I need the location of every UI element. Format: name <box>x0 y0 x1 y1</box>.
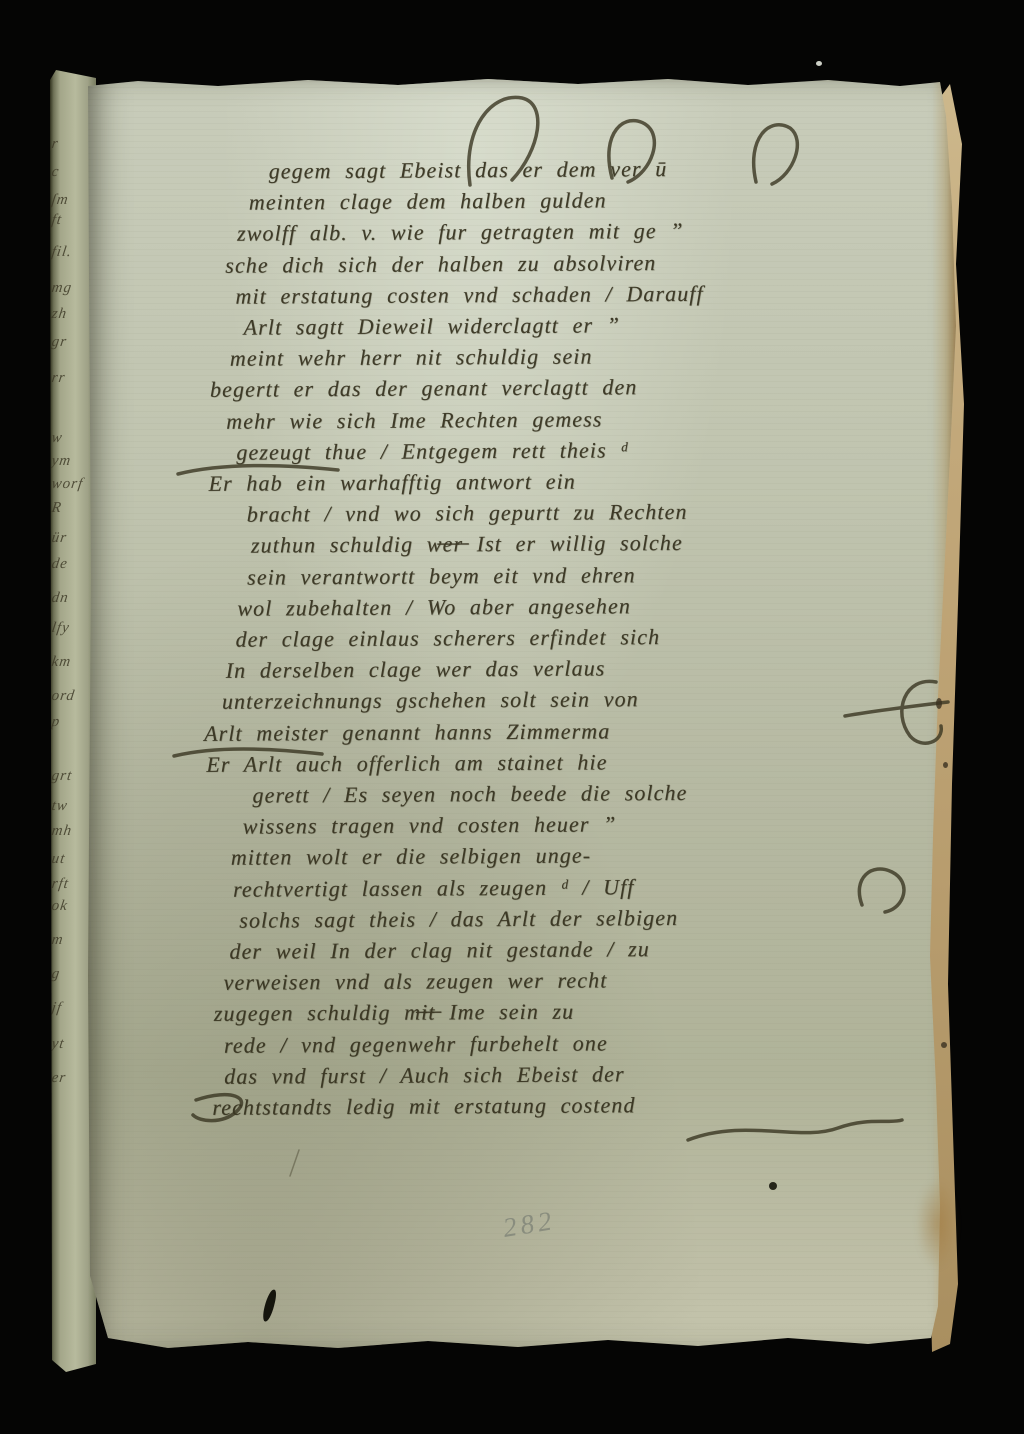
manuscript-line: wissens tragen vnd costen heuer ” <box>243 811 617 839</box>
manuscript-line: mit erstatung costen vnd schaden / Darau… <box>235 281 703 310</box>
manuscript-line: unterzeichnungs gschehen solt sein von <box>222 686 639 715</box>
manuscript-line: gegem sagt Ebeist das er dem ver ū <box>269 156 668 184</box>
dust-speck <box>816 61 822 66</box>
manuscript-line: Arlt meister genannt hanns Zimmerma <box>204 718 610 746</box>
manuscript-line: sche dich sich der halben zu absolviren <box>225 250 656 279</box>
manuscript-line: zuthun schuldig w̶e̶r̶ Ist er willig sol… <box>251 530 683 559</box>
edge-debris-speck <box>941 1042 947 1048</box>
manuscript-line: mehr wie sich Ime Rechten gemess <box>226 406 602 434</box>
manuscript-line: Er hab ein warhafftig antwort ein <box>208 469 575 497</box>
edge-debris-speck <box>943 762 948 768</box>
manuscript-line: begertt er das der genant verclagtt den <box>210 374 638 403</box>
manuscript-line: rede / vnd gegenwehr furbehelt one <box>224 1030 608 1058</box>
manuscript-photograph: r c ſm ft fil. mg zh gr rr w ym worf R ü… <box>0 0 1024 1434</box>
manuscript-line: meint wehr herr nit schuldig sein <box>230 344 593 372</box>
manuscript-line: der clage einlaus scherers erfindet sich <box>235 624 660 653</box>
deckle-stain <box>916 1178 958 1270</box>
manuscript-line: meinten clage dem halben gulden <box>249 187 607 215</box>
manuscript-line: zwolff alb. v. wie fur getragten mit ge … <box>237 218 684 247</box>
manuscript-line: Arlt sagtt Dieweil widerclagtt er ” <box>244 312 621 340</box>
manuscript-line: gerett / Es seyen noch beede die solche <box>252 780 687 809</box>
manuscript-line: verweisen vnd als zeugen wer recht <box>224 967 608 995</box>
manuscript-line: wol zubehalten / Wo aber angesehen <box>237 593 631 621</box>
edge-debris-speck <box>936 698 942 709</box>
manuscript-line: Er Arlt auch offerlich am stainet hie <box>206 749 607 777</box>
ink-dot <box>769 1182 777 1190</box>
manuscript-line: solchs sagt theis / das Arlt der selbige… <box>239 905 678 934</box>
manuscript-line: rechtstandts ledig mit erstatung costend <box>212 1092 635 1121</box>
manuscript-line: der weil In der clag nit gestande / zu <box>229 936 650 965</box>
manuscript-line: bracht / vnd wo sich gepurtt zu Rechten <box>247 499 688 528</box>
manuscript-line: mitten wolt er die selbigen unge- <box>231 843 591 871</box>
manuscript-line: gezeugt thue / Entgegem rett theis ᵈ <box>236 437 628 465</box>
manuscript-line: zugegen schuldig m̶i̶t̶ Ime sein zu <box>214 999 575 1027</box>
manuscript-line: das vnd furst / Auch sich Ebeist der <box>224 1061 625 1089</box>
manuscript-line: rechtvertigt lassen als zeugen ᵈ / Uff <box>233 874 635 902</box>
manuscript-line: sein verantwortt beym eit vnd ehren <box>247 562 636 590</box>
manuscript-line: In derselben clage wer das verlaus <box>226 655 606 683</box>
